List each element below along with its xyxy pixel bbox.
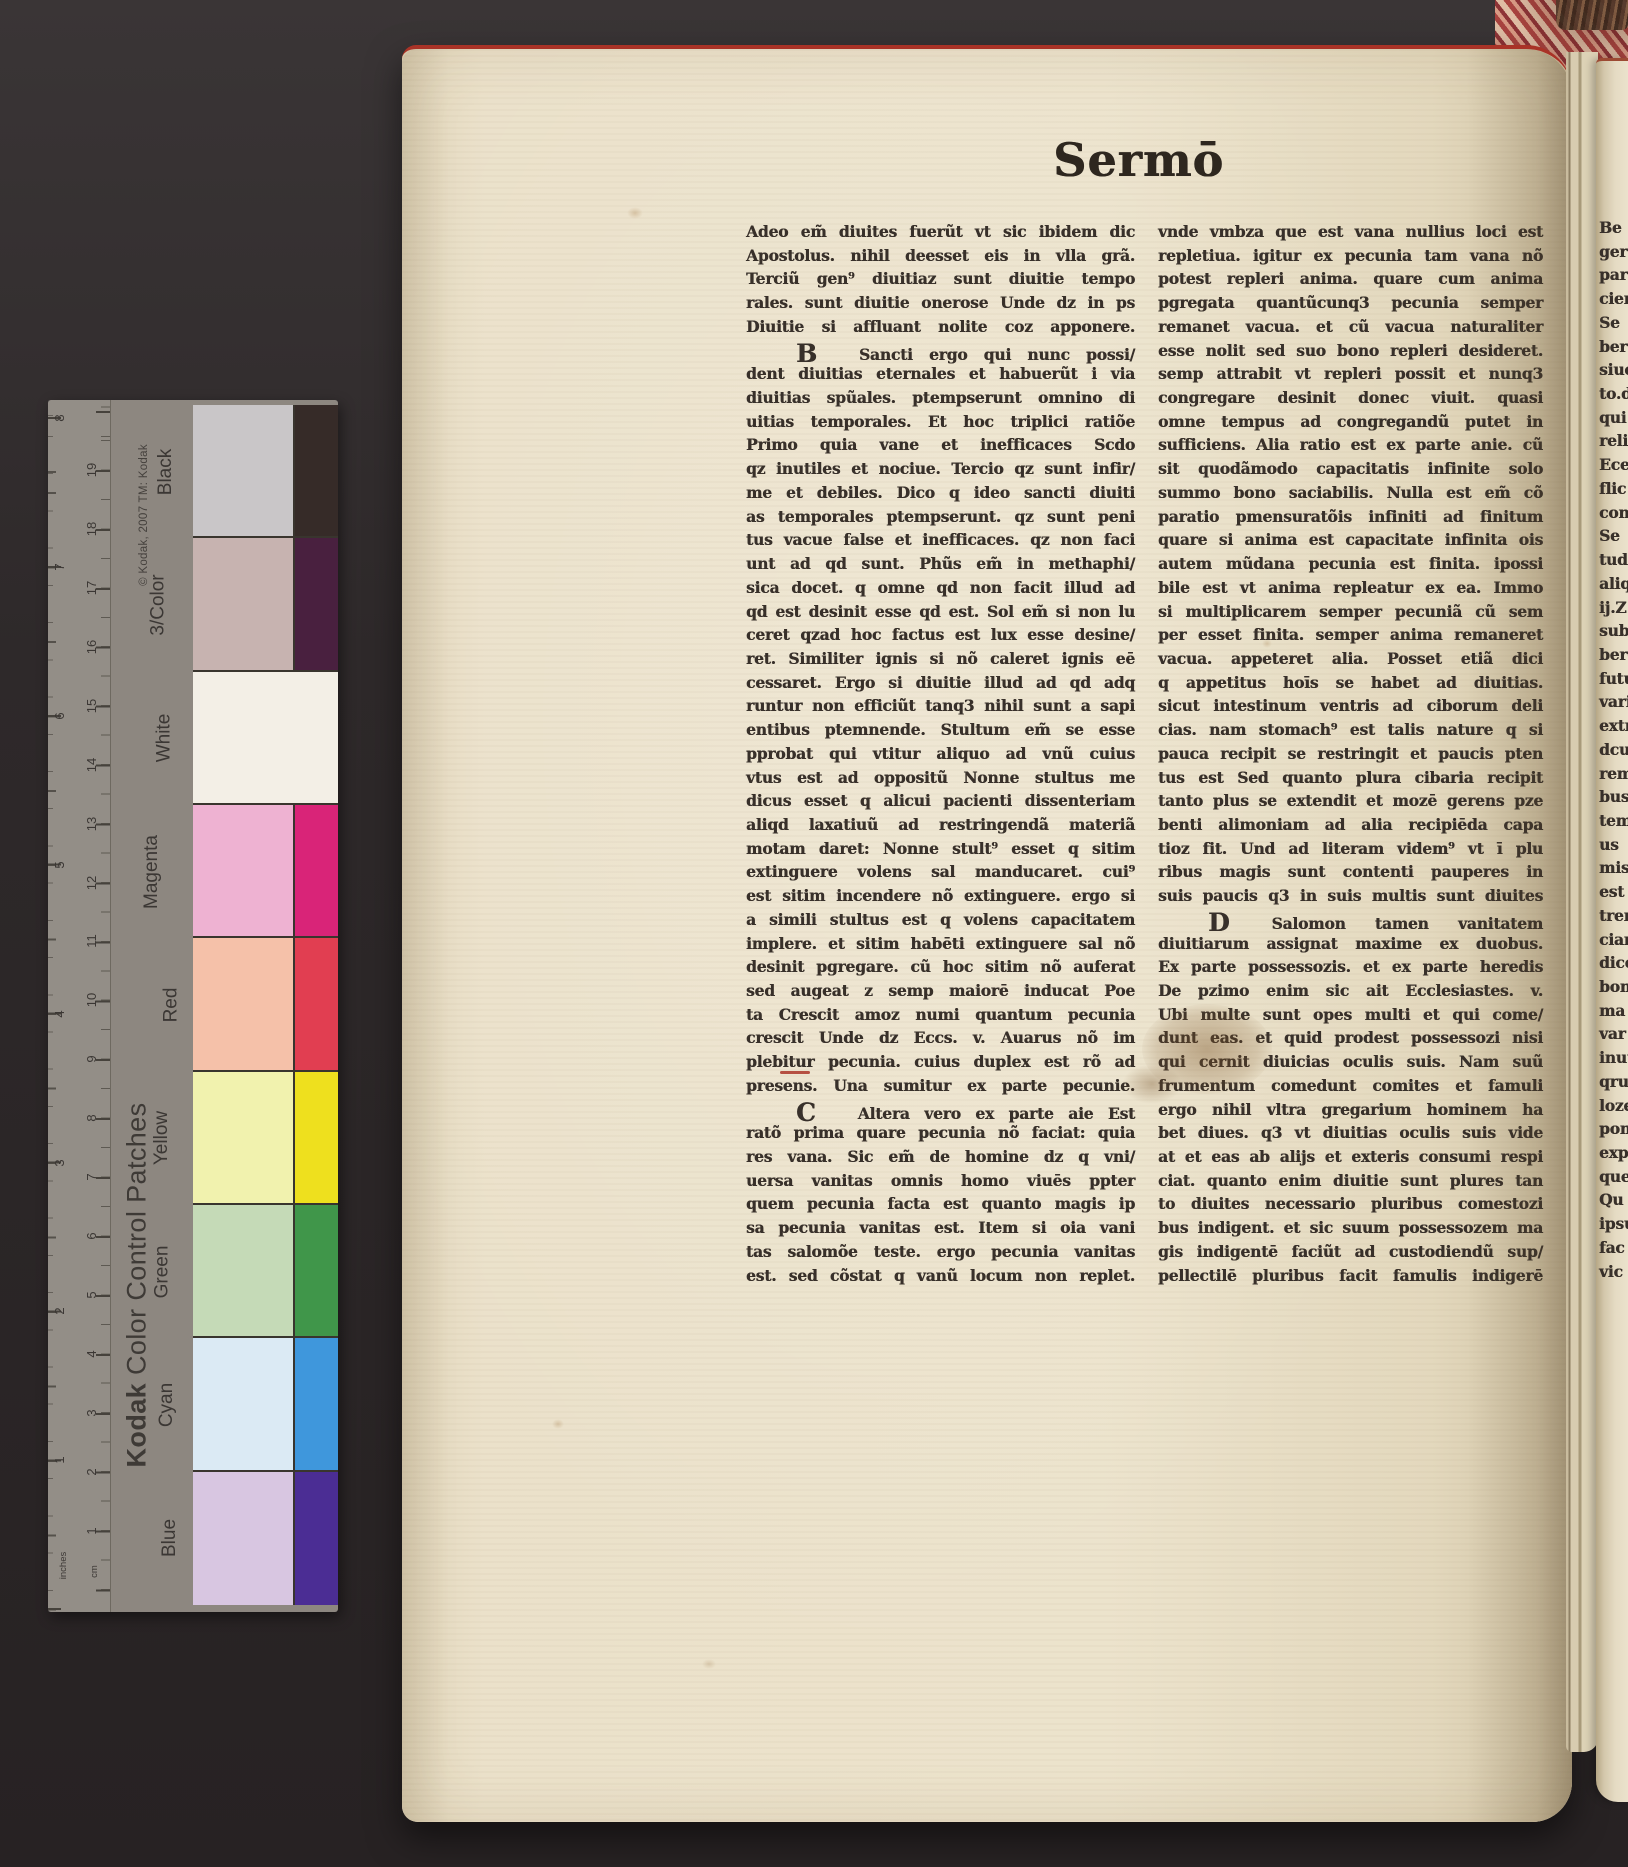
text-line: extinguere volens sal manducaret. cui⁹ (746, 862, 1135, 886)
patch-light-green (193, 1205, 295, 1336)
text-line: vnde vmbza que est vana nullius loci est (1158, 222, 1543, 246)
patch-label: Blue (110, 1472, 193, 1605)
next-page-text-fragment: to.d (1599, 384, 1628, 408)
text-line: implere. et sitim habēti extinguere sal … (746, 934, 1135, 958)
ruler-inch-number: 4 (50, 1003, 70, 1025)
next-page-text-fragment: rem (1599, 764, 1628, 788)
foxing-spot (627, 207, 643, 219)
ruler-cm-number: 4 (82, 1343, 102, 1365)
patch-full-magenta (295, 805, 338, 936)
text-line: frumentum comedunt comites et famuli (1158, 1076, 1543, 1100)
next-page-text-fragment: vic (1599, 1262, 1628, 1286)
patch-white (193, 672, 338, 803)
next-page-text-fragment: con (1599, 503, 1628, 527)
text-line: cias. nam stomach⁹ est talis nature q si (1158, 720, 1543, 744)
text-line: omne tempus ad congregandũ putet in (1158, 412, 1543, 436)
ruler-inch-number: 5 (50, 854, 70, 876)
next-page-text-fragment: reli (1599, 431, 1628, 455)
text-line: BSancti ergo qui nunc possi/ (746, 341, 1135, 365)
ruler-inch-number: 1 (50, 1449, 70, 1471)
text-line: quem pecunia facta est quanto magis ip (746, 1194, 1135, 1218)
patch-label: Red (110, 938, 193, 1071)
patch-label-text: Green (152, 1245, 174, 1298)
ruler-cm-number: 2 (82, 1461, 102, 1483)
patch-light-red (193, 938, 295, 1069)
rubric-mark (780, 1071, 810, 1074)
text-line: tas salomõe teste. ergo pecunia vanitas (746, 1242, 1135, 1266)
patch-row (193, 405, 338, 538)
patch-full-red (295, 938, 338, 1069)
text-line: semp attrabit vt repleri possit et nunq3 (1158, 364, 1543, 388)
text-line: tanto plus se extendit et mozē gerens pz… (1158, 791, 1543, 815)
text-line: De pzimo enim sic ait Ecclesiastes. v. (1158, 981, 1543, 1005)
ruler-cm-number: 9 (82, 1048, 102, 1070)
text-line: crescit Unde dz Eccs. v. Auarus nõ im (746, 1028, 1135, 1052)
ruler-inch-number: 3 (50, 1152, 70, 1174)
ruler-cm-number: 13 (82, 813, 102, 835)
ruler-cm-number: 7 (82, 1166, 102, 1188)
ruler-cm-number: 10 (82, 989, 102, 1011)
text-line: gis indigentē faciũt ad custodiendũ sup/ (1158, 1242, 1543, 1266)
patch-label: Cyan (110, 1338, 193, 1471)
text-line: quare si anima est capacitate infinita o… (1158, 530, 1543, 554)
patch-full-yellow (295, 1072, 338, 1203)
next-page-text-fragment: inut (1599, 1048, 1628, 1072)
text-line: pprobat qui vtitur aliquo ad vnũ cuius (746, 744, 1135, 768)
next-page-text-fragment: ma (1599, 1001, 1628, 1025)
text-line: qd est desinit esse qd est. Sol em̃ si n… (746, 602, 1135, 626)
next-page-text-fragment: fac (1599, 1238, 1628, 1262)
text-line: benti alimoniam ad alia recipiēda capa (1158, 815, 1543, 839)
text-line: uitias temporales. Et hoc triplici ratiõ… (746, 412, 1135, 436)
next-page-sliver: BegerparcierSebersiueto.dquireliEceflicc… (1596, 58, 1628, 1802)
text-line: tus est Sed quanto plura cibaria recipit (1158, 768, 1543, 792)
text-line: remanet vacua. et cũ vacua naturaliter (1158, 317, 1543, 341)
patch-label-text: Blue (159, 1519, 181, 1557)
ruler-cm-number: 12 (82, 872, 102, 894)
ruler-inch-number: 6 (50, 705, 70, 727)
ruler-inch-number: 8 (50, 407, 70, 429)
text-line: tioz fit. Und ad literam videm⁹ vt ī plu (1158, 839, 1543, 863)
next-page-text-fragment: var (1599, 1024, 1628, 1048)
text-line: repletiua. igitur ex pecunia tam vana nõ (1158, 246, 1543, 270)
next-page-text-fragment: futu (1599, 669, 1628, 693)
patch-label-text: Yellow (151, 1111, 173, 1165)
text-line: ribus magis sunt contenti pauperes in (1158, 862, 1543, 886)
text-line: ta Crescit amoz numi quantum pecunia (746, 1005, 1135, 1029)
next-page-text-fragment: ciar (1599, 930, 1628, 954)
patch-light-yellow (193, 1072, 295, 1203)
next-page-text-fragment: tud (1599, 550, 1628, 574)
text-line: si multiplicarem semper pecuniã cũ sem (1158, 602, 1543, 626)
lombard-initial: D (1208, 908, 1229, 937)
patch-label: White (110, 672, 193, 805)
ruler-cm-number: 1 (82, 1520, 102, 1542)
running-header: Sermō (1053, 133, 1224, 187)
patch-row (193, 538, 338, 671)
text-line: paratio pmensuratõis infiniti ad finitum (1158, 507, 1543, 531)
text-line: dent diuitias eternales et habuerũt i vi… (746, 364, 1135, 388)
next-page-text-fragment: sub (1599, 621, 1628, 645)
next-page-text-fragment: dcu (1599, 740, 1628, 764)
next-page-text-fragment: Be (1599, 218, 1628, 242)
text-line: rales. sunt diuitie onerose Unde dz in p… (746, 293, 1135, 317)
ruler-inch-number: 2 (50, 1300, 70, 1322)
text-line: a simili stultus est q volens capacitate… (746, 910, 1135, 934)
text-line: sufficiens. Alia ratio est ex parte anie… (1158, 435, 1543, 459)
text-line: est sitim incendere nõ extinguere. ergo … (746, 886, 1135, 910)
next-page-text-fragment: par (1599, 265, 1628, 289)
text-line: ret. Similiter ignis si nõ caleret ignis… (746, 649, 1135, 673)
text-line: vacua. appeteret alia. Posset etiã dici (1158, 649, 1543, 673)
patch-light-magenta (193, 805, 295, 936)
text-line: ergo nihil vltra gregarium hominem ha (1158, 1100, 1543, 1124)
text-column-right: vnde vmbza que est vana nullius loci est… (1158, 222, 1543, 1289)
next-page-text-fragment: loze (1599, 1096, 1628, 1120)
book-page: Sermō Adeo em̃ diuites fuerũt vt sic ibi… (402, 45, 1572, 1822)
text-line: vtus est ad oppositũ Nonne stultus me (746, 768, 1135, 792)
text-line: Adeo em̃ diuites fuerũt vt sic ibidem di… (746, 222, 1135, 246)
next-page-text-fragment: vari (1599, 692, 1628, 716)
text-line: pauca recipit se restringit et paucis pt… (1158, 744, 1543, 768)
patch-row (193, 1205, 338, 1338)
text-line: dicus esset q alicui pacienti dissenteri… (746, 791, 1135, 815)
text-line: Primo quia vane et inefficaces Scdo (746, 435, 1135, 459)
ruler-cm-number: 5 (82, 1284, 102, 1306)
patch-row (193, 1472, 338, 1605)
text-line: as temporales ptempserunt. qz sunt peni (746, 507, 1135, 531)
text-line: to diuites necessario pluribus comestozi (1158, 1194, 1543, 1218)
next-page-text-fragment: ij.Z (1599, 598, 1628, 622)
text-line: cessaret. Ergo si diuitie illud ad qd ad… (746, 673, 1135, 697)
foxing-spot (702, 1659, 716, 1669)
patch-light-3/color (193, 538, 295, 669)
text-line: DSalomon tamen vanitatem (1158, 910, 1543, 934)
next-page-text-fragment: qru (1599, 1072, 1628, 1096)
patch-label: Green (110, 1205, 193, 1338)
text-line: res vana. Sic em̃ de homine dz q vni/ (746, 1147, 1135, 1171)
text-line: ratõ prima quare pecunia nõ faciat: quia (746, 1123, 1135, 1147)
ruler-cm-number: 18 (82, 518, 102, 540)
text-line: qui cernit diuicias oculis suis. Nam suũ (1158, 1052, 1543, 1076)
text-line: est. sed cõstat q vanũ locum non replet. (746, 1266, 1135, 1290)
text-line: motam daret: Nonne stult⁹ esset q sitim (746, 839, 1135, 863)
text-line: bet diues. q3 vt diuitias oculis suis vi… (1158, 1123, 1543, 1147)
text-column-left: Adeo em̃ diuites fuerũt vt sic ibidem di… (746, 222, 1135, 1289)
next-page-text-fragment: tem (1599, 811, 1628, 835)
next-page-text-fragment: cier (1599, 289, 1628, 313)
text-line: bile est vt anima repleatur ex ea. Immo (1158, 578, 1543, 602)
text-line: unt ad qd sunt. Phũs em̃ in methaphi/ (746, 554, 1135, 578)
patch-label: 3/Color (110, 538, 193, 671)
text-line: sicut intestinum ventris ad ciborum deli (1158, 696, 1543, 720)
text-line: pgregata quantũcunq3 pecunia semper (1158, 293, 1543, 317)
text-line: me et debiles. Dico q ideo sancti diuiti (746, 483, 1135, 507)
patch-light-black (193, 405, 295, 536)
lombard-initial: B (796, 339, 817, 368)
patch-label-text: Red (161, 988, 183, 1023)
text-line: autem mũdana pecunia est finita. ipossi (1158, 554, 1543, 578)
patch-label: Black (110, 405, 193, 538)
ruler-cm-number: 15 (82, 695, 102, 717)
patch-full-black (295, 405, 338, 536)
next-page-text-fragment: ipsu (1599, 1214, 1628, 1238)
patch-full-cyan (295, 1338, 338, 1469)
patch-row (193, 938, 338, 1071)
text-line: potest repleri anima. quare cum anima (1158, 269, 1543, 293)
text-line: ciat. quanto enim diuitie sunt plures ta… (1158, 1171, 1543, 1195)
ruler-cm-number: 14 (82, 754, 102, 776)
text-line: desinit pgregare. cũ hoc sitim nõ aufera… (746, 957, 1135, 981)
next-page-text-fragment: est (1599, 882, 1628, 906)
patch-label: Magenta (110, 805, 193, 938)
patch-light-cyan (193, 1338, 295, 1469)
patch-label-text: Magenta (141, 835, 163, 909)
patch-full-3/color (295, 538, 338, 669)
ruler-cm-number: 16 (82, 636, 102, 658)
patch-labels: Black3/ColorWhiteMagentaRedYellowGreenCy… (110, 405, 193, 1605)
next-page-text-fragment: Se (1599, 313, 1628, 337)
text-line: ceret qzad hoc factus est lux esse desin… (746, 625, 1135, 649)
text-line: uersa vanitas omnis homo viuēs ppter (746, 1171, 1135, 1195)
patch-label-text: White (154, 714, 176, 763)
next-page-fragments: BegerparcierSebersiueto.dquireliEceflicc… (1599, 218, 1628, 1285)
text-line: entibus ptemnende. Stultum em̃ se esse (746, 720, 1135, 744)
text-line: Apostolus. nihil deesset eis in vlla grã… (746, 246, 1135, 270)
next-page-text-fragment: siue (1599, 360, 1628, 384)
headband (1556, 0, 1628, 30)
patch-row (193, 1072, 338, 1205)
text-line: Diuitie si affluant nolite coz apponere. (746, 317, 1135, 341)
next-page-text-fragment: us (1599, 835, 1628, 859)
text-line: sit quodãmodo capacitatis infinite solo (1158, 459, 1543, 483)
patch-light-blue (193, 1472, 295, 1605)
next-page-text-fragment: mise (1599, 858, 1628, 882)
text-line: aliqd laxatiuũ ad restringendã materiã (746, 815, 1135, 839)
ruler-cm-number: 8 (82, 1107, 102, 1129)
text-line: q appetitus hoīs se habet ad diuitias. (1158, 673, 1543, 697)
next-page-text-fragment: que (1599, 1167, 1628, 1191)
next-page-text-fragment: Ece (1599, 455, 1628, 479)
patch-label-text: 3/Color (147, 574, 169, 635)
text-line: tus vacue false et inefficaces. qz non f… (746, 530, 1135, 554)
ruler-cm-number: 17 (82, 577, 102, 599)
text-line: suis paucis q3 in suis multis sunt diuit… (1158, 886, 1543, 910)
next-page-text-fragment: exp (1599, 1143, 1628, 1167)
next-page-text-fragment: pon (1599, 1119, 1628, 1143)
next-page-text-fragment: extr (1599, 716, 1628, 740)
text-line: pellectilē pluribus facit famulis indige… (1158, 1266, 1543, 1290)
text-line: presens. Una sumitur ex parte pecunie. (746, 1076, 1135, 1100)
next-page-text-fragment: ber (1599, 337, 1628, 361)
lombard-initial: C (796, 1098, 816, 1127)
kodak-color-strip: 1234567891011121314151617181912345678 in… (48, 400, 338, 1612)
patch-row (193, 805, 338, 938)
next-page-text-fragment: qui (1599, 408, 1628, 432)
text-line: diuitiarum assignat maxime ex duobus. (1158, 934, 1543, 958)
next-page-text-fragment: bere (1599, 645, 1628, 669)
ruler-unit-inches-label: inches (58, 1552, 69, 1579)
ruler-inch-number: 7 (50, 556, 70, 578)
next-page-text-fragment: Qu (1599, 1190, 1628, 1214)
next-page-text-fragment: aliq (1599, 574, 1628, 598)
patch-label: Yellow (110, 1072, 193, 1205)
text-line: bus indigent. et sic suum possessozem ma (1158, 1218, 1543, 1242)
next-page-text-fragment: tren (1599, 906, 1628, 930)
ruler-cm-number: 6 (82, 1225, 102, 1247)
ruler-cm-number: 11 (82, 930, 102, 952)
text-line: at et eas ab alijs et exteris consumi re… (1158, 1147, 1543, 1171)
text-line: runtur non efficiũt tanq3 nihil sunt a s… (746, 696, 1135, 720)
text-line: Terciũ gen⁹ diuitiaz sunt diuitie tempo (746, 269, 1135, 293)
text-line: Ex parte possessozis. et ex parte heredi… (1158, 957, 1543, 981)
text-line: sica docet. q omne qd non facit illud ad (746, 578, 1135, 602)
text-line: sa pecunia vanitas est. Item si oia vani (746, 1218, 1135, 1242)
patch-full-green (295, 1205, 338, 1336)
ruler-cm-number: 3 (82, 1402, 102, 1424)
text-line: summo bono saciabilis. Nulla est em̃ cõ (1158, 483, 1543, 507)
text-line: qz inutiles et nociue. Tercio qz sunt in… (746, 459, 1135, 483)
text-line: per esset finita. semper anima remaneret (1158, 625, 1543, 649)
next-page-text-fragment: bon (1599, 977, 1628, 1001)
next-page-text-fragment: dice (1599, 953, 1628, 977)
patch-label-text: Black (155, 448, 177, 494)
strip-ruler: 1234567891011121314151617181912345678 in… (48, 400, 111, 1612)
text-line: CAltera vero ex parte aie Est (746, 1100, 1135, 1124)
patch-grid (193, 405, 338, 1605)
text-line: diuitias spũales. ptempserunt omnino di (746, 388, 1135, 412)
patch-label-text: Cyan (156, 1383, 178, 1427)
text-line: esse nolit sed suo bono repleri desidere… (1158, 341, 1543, 365)
text-line: sed augeat z semp maiorē inducat Poe (746, 981, 1135, 1005)
ruler-cm-half-ticks (101, 400, 110, 1612)
page-fore-edges (1566, 52, 1598, 1752)
next-page-text-fragment: ger (1599, 242, 1628, 266)
next-page-text-fragment: bus (1599, 787, 1628, 811)
ruler-unit-cm-label: cm (89, 1565, 100, 1578)
text-line: congregare desinit donec viuit. quasi (1158, 388, 1543, 412)
next-page-text-fragment: flic (1599, 479, 1628, 503)
patch-row (193, 1338, 338, 1471)
text-line: dunt eas. et quid prodest possessozi nis… (1158, 1028, 1543, 1052)
ruler-cm-number: 19 (82, 459, 102, 481)
patch-row (193, 672, 338, 805)
next-page-text-fragment: Se (1599, 526, 1628, 550)
text-line: Ubi multe sunt opes multi et qui come/ (1158, 1005, 1543, 1029)
patch-full-blue (295, 1472, 338, 1605)
foxing-spot (552, 1419, 564, 1429)
